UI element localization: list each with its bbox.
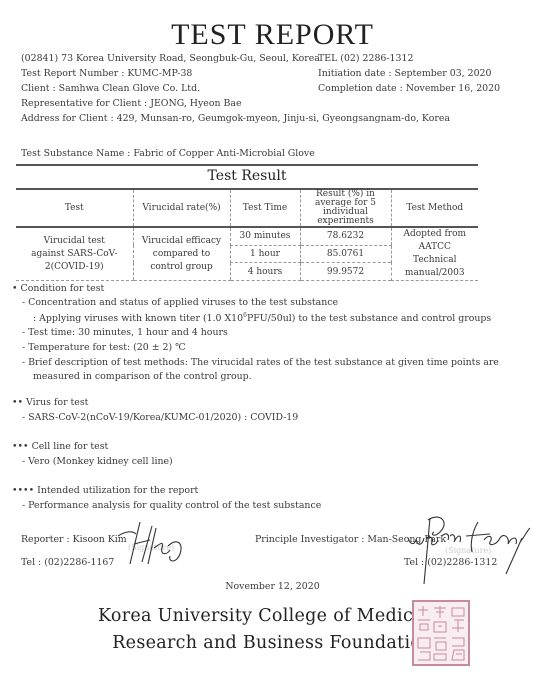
test-substance-name: Test Substance Name : Fabric of Copper A… <box>21 148 315 159</box>
test-result-table: Test Virucidal rate(%) Test Time Result … <box>16 188 478 281</box>
cell-virucidal-rate: Virucidal efficacy compared to control g… <box>133 227 230 281</box>
divider-top <box>16 164 478 166</box>
cell-time: 30 minutes <box>230 227 300 245</box>
conditions-heading: Condition for test <box>21 283 105 294</box>
cell-test-method: Adopted from AATCC Technical manual/2003 <box>391 227 478 281</box>
column-header-test-time: Test Time <box>230 189 300 227</box>
cell-result: 99.9572 <box>300 263 391 281</box>
titer-suffix: PFU/50ul) to the test substance and cont… <box>247 313 491 324</box>
bullet-icon: •• <box>12 397 23 408</box>
initiation-date: Initiation date : September 03, 2020 <box>318 68 491 79</box>
condition-item: - Test time: 30 minutes, 1 hour and 4 ho… <box>22 327 228 338</box>
virus-section: •• Virus for test <box>12 397 88 408</box>
lab-address: (02841) 73 Korea University Road, Seongb… <box>21 53 320 64</box>
condition-titer: : Applying viruses with known titer (1.0… <box>33 312 491 324</box>
table-row: Virucidal test against SARS-CoV-2(COVID-… <box>16 227 478 245</box>
condition-item: measured in comparison of the control gr… <box>33 371 252 382</box>
report-date: November 12, 2020 <box>0 581 545 592</box>
report-title: TEST REPORT <box>0 18 545 52</box>
utilization-section: •••• Intended utilization for the report <box>12 485 198 496</box>
reporter-signature-icon <box>118 518 188 568</box>
client-name: Client : Samhwa Clean Glove Co. Ltd. <box>21 83 200 94</box>
reporter-name: Reporter : Kisoon Kim <box>21 534 127 545</box>
virus-heading: Virus for test <box>26 397 88 408</box>
cell-result: 85.0761 <box>300 245 391 263</box>
column-header-result: Result (%) in average for 5 individual e… <box>300 189 391 227</box>
client-representative: Representative for Client : JEONG, Hyeon… <box>21 98 242 109</box>
titer-prefix: : Applying viruses with known titer (1.0… <box>33 313 243 324</box>
cell-time: 1 hour <box>230 245 300 263</box>
cell-time: 4 hours <box>230 263 300 281</box>
reporter-tel: Tel : (02)2286-1167 <box>21 557 114 568</box>
cell-test-name: Virucidal test against SARS-CoV-2(COVID-… <box>16 227 133 281</box>
lab-tel: TEL (02) 2286-1312 <box>318 53 413 64</box>
utilization-item: - Performance analysis for quality contr… <box>22 500 321 511</box>
cell-line-item: - Vero (Monkey kidney cell line) <box>22 456 173 467</box>
official-seal-icon <box>412 600 470 666</box>
bullet-icon: • <box>12 283 18 294</box>
table-header-row: Test Virucidal rate(%) Test Time Result … <box>16 189 478 227</box>
cell-line-heading: Cell line for test <box>32 441 109 452</box>
conditions-section: • Condition for test <box>12 283 104 294</box>
report-number: Test Report Number : KUMC-MP-38 <box>21 68 192 79</box>
utilization-heading: Intended utilization for the report <box>37 485 198 496</box>
completion-date: Completion date : November 16, 2020 <box>318 83 500 94</box>
cell-line-section: ••• Cell line for test <box>12 441 108 452</box>
condition-item: - Concentration and status of applied vi… <box>22 297 338 308</box>
condition-item: - Temperature for test: (20 ± 2) ℃ <box>22 342 186 353</box>
bullet-icon: ••• <box>12 441 29 452</box>
cell-result: 78.6232 <box>300 227 391 245</box>
client-address: Address for Client : 429, Munsan-ro, Geu… <box>21 113 450 124</box>
condition-item: - Brief description of test methods: The… <box>22 357 499 368</box>
investigator-signature-icon <box>400 512 545 587</box>
test-result-title: Test Result <box>16 168 478 184</box>
virus-item: - SARS-CoV-2(nCoV-19/Korea/KUMC-01/2020)… <box>22 412 298 423</box>
column-header-virucidal-rate: Virucidal rate(%) <box>133 189 230 227</box>
bullet-icon: •••• <box>12 485 34 496</box>
column-header-test: Test <box>16 189 133 227</box>
column-header-test-method: Test Method <box>391 189 478 227</box>
